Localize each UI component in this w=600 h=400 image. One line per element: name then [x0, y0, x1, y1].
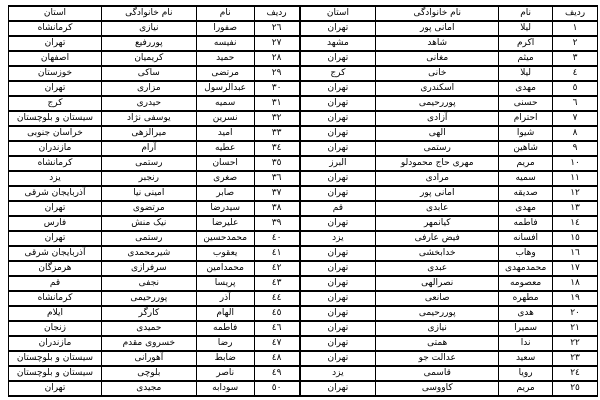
- row-number-cell: ٨: [553, 126, 598, 141]
- header-row: ردیف نام نام خانوادگی استان: [300, 6, 598, 21]
- row-number-cell: ٤٨: [254, 351, 299, 366]
- province-cell: خوزستان: [9, 66, 102, 81]
- first-name-cell: مریم: [499, 381, 553, 396]
- table-row: ١٢صدیقهامانی پورتهران: [300, 186, 598, 201]
- last-name-cell: امانی پور: [376, 21, 499, 36]
- last-name-cell: عدالت جو: [376, 351, 499, 366]
- province-cell: تهران: [300, 141, 376, 156]
- row-number-cell: ٦: [553, 96, 598, 111]
- last-name-cell: قاسمی: [376, 366, 499, 381]
- row-number-cell: ٤٥: [254, 306, 299, 321]
- table-row: ٤٤آذرپوررحیمیکرمانشاه: [9, 291, 300, 306]
- row-number-cell: ٢٦: [254, 21, 299, 36]
- first-name-cell: آذر: [196, 291, 254, 306]
- table-row: ١١سمیهمرادیتهران: [300, 171, 598, 186]
- first-name-cell: لیلا: [499, 66, 553, 81]
- row-number-cell: ١٢: [553, 186, 598, 201]
- last-name-cell: میرالزهی: [101, 126, 196, 141]
- province-cell: آذربایجان شرقی: [9, 246, 102, 261]
- row-number-cell: ٣٧: [254, 186, 299, 201]
- last-name-cell: مجیدی: [101, 381, 196, 396]
- province-cell: قم: [9, 276, 102, 291]
- first-name-cell: صغری: [196, 171, 254, 186]
- last-name-cell: مرتضوی: [101, 201, 196, 216]
- row-number-cell: ٢٨: [254, 51, 299, 66]
- province-cell: زنجان: [9, 321, 102, 336]
- last-name-cell: کیانمهر: [376, 216, 499, 231]
- province-cell: تهران: [300, 336, 376, 351]
- province-cell: تهران: [300, 246, 376, 261]
- table-row: ٢١سمیرانیازیتهران: [300, 321, 598, 336]
- first-name-cell: احسان: [196, 156, 254, 171]
- first-name-cell: محمدامین: [196, 261, 254, 276]
- row-number-cell: ٤١: [254, 246, 299, 261]
- province-cell: تهران: [300, 261, 376, 276]
- province-cell: کرمانشاه: [9, 291, 102, 306]
- row-number-cell: ١٠: [553, 156, 598, 171]
- table-row: ١٤فاطمهکیانمهرتهران: [300, 216, 598, 231]
- names-table-rows-26-50: ردیف نام نام خانوادگی استان ٢٦صفورانیازی…: [8, 5, 300, 397]
- row-number-cell: ٥٠: [254, 381, 299, 396]
- last-name-cell: شیرمحمدی: [101, 246, 196, 261]
- last-name-cell: کاووسی: [376, 381, 499, 396]
- first-name-cell: علیرضا: [196, 216, 254, 231]
- first-name-cell: سعید: [499, 351, 553, 366]
- province-cell: تهران: [9, 231, 102, 246]
- row-number-cell: ١٦: [553, 246, 598, 261]
- table-row: ٥٠سودابهمجیدیتهران: [9, 381, 300, 396]
- table-row: ٢٢نداهمتیتهران: [300, 336, 598, 351]
- first-name-cell: مهدی: [499, 201, 553, 216]
- table-row: ١لیلاامانی پورتهران: [300, 21, 598, 36]
- names-table-page: ردیف نام نام خانوادگی استان ١لیلاامانی پ…: [8, 5, 598, 397]
- header-province: استان: [9, 6, 102, 21]
- first-name-cell: امید: [196, 126, 254, 141]
- table-row: ٩شاهینرستمیتهران: [300, 141, 598, 156]
- table-row: ٢٤رویاقاسمییزد: [300, 366, 598, 381]
- table-row: ٣٩علیرضانیک منشفارس: [9, 216, 300, 231]
- last-name-cell: پوررحیمی: [101, 291, 196, 306]
- province-cell: تهران: [9, 381, 102, 396]
- province-cell: یزد: [300, 231, 376, 246]
- first-name-cell: هدی: [499, 306, 553, 321]
- row-number-cell: ٣٨: [254, 201, 299, 216]
- row-number-cell: ١٤: [553, 216, 598, 231]
- row-number-cell: ١٥: [553, 231, 598, 246]
- last-name-cell: الهی: [376, 126, 499, 141]
- row-number-cell: ٣٩: [254, 216, 299, 231]
- table-row: ٤٩ناصربلوچیسیستان و بلوچستان: [9, 366, 300, 381]
- row-number-cell: ١٣: [553, 201, 598, 216]
- province-cell: قم: [300, 201, 376, 216]
- province-cell: سیستان و بلوچستان: [9, 351, 102, 366]
- province-cell: تهران: [9, 81, 102, 96]
- last-name-cell: نجفی: [101, 276, 196, 291]
- first-name-cell: وهاب: [499, 246, 553, 261]
- header-row-number: ردیف: [553, 6, 598, 21]
- table-row: ٣٤عطیهآراممازندران: [9, 141, 300, 156]
- last-name-cell: رستمی: [101, 156, 196, 171]
- first-name-cell: الهام: [196, 306, 254, 321]
- table-row: ٤٢محمدامینسرفرازیهرمزگان: [9, 261, 300, 276]
- row-number-cell: ٤: [553, 66, 598, 81]
- table-row: ٤٧رضاخسروی مقدممازندران: [9, 336, 300, 351]
- first-name-cell: مهدی: [499, 81, 553, 96]
- table-row: ٣٥احسانرستمیکرمانشاه: [9, 156, 300, 171]
- province-cell: یزد: [9, 171, 102, 186]
- province-cell: هرمزگان: [9, 261, 102, 276]
- province-cell: تهران: [300, 276, 376, 291]
- first-name-cell: محمدحسین: [196, 231, 254, 246]
- first-name-cell: سودابه: [196, 381, 254, 396]
- last-name-cell: نصرالهی: [376, 276, 499, 291]
- row-number-cell: ٢٠: [553, 306, 598, 321]
- table-row: ١٩مطهرهصانعیتهران: [300, 291, 598, 306]
- last-name-cell: رنجبر: [101, 171, 196, 186]
- header-row: ردیف نام نام خانوادگی استان: [9, 6, 300, 21]
- first-name-cell: ناصر: [196, 366, 254, 381]
- table-row: ٢٣سعیدعدالت جوتهران: [300, 351, 598, 366]
- province-cell: تهران: [300, 51, 376, 66]
- last-name-cell: پوررحیمی: [376, 96, 499, 111]
- table-row: ٣٨سیدرضامرتضویتهران: [9, 201, 300, 216]
- last-name-cell: عابدی: [376, 201, 499, 216]
- first-name-cell: سیدرضا: [196, 201, 254, 216]
- first-name-cell: شاهین: [499, 141, 553, 156]
- table-row: ٤٥الهامکارگرایلام: [9, 306, 300, 321]
- last-name-cell: همتی: [376, 336, 499, 351]
- first-name-cell: رویا: [499, 366, 553, 381]
- row-number-cell: ٤٩: [254, 366, 299, 381]
- first-name-cell: فاطمه: [196, 321, 254, 336]
- first-name-cell: ندا: [499, 336, 553, 351]
- row-number-cell: ٣٢: [254, 111, 299, 126]
- province-cell: تهران: [300, 186, 376, 201]
- province-cell: خراسان جنوبی: [9, 126, 102, 141]
- row-number-cell: ٣٠: [254, 81, 299, 96]
- row-number-cell: ٢٤: [553, 366, 598, 381]
- last-name-cell: رستمی: [376, 141, 499, 156]
- first-name-cell: فاطمه: [499, 216, 553, 231]
- first-name-cell: حمید: [196, 51, 254, 66]
- last-name-cell: امینی نیا: [101, 186, 196, 201]
- last-name-cell: نیازی: [376, 321, 499, 336]
- province-cell: تهران: [300, 351, 376, 366]
- table-row: ٢٠هدیپوررحیمیتهران: [300, 306, 598, 321]
- first-name-cell: مرتضی: [196, 66, 254, 81]
- last-name-cell: رستمی: [101, 231, 196, 246]
- province-cell: مشهد: [300, 36, 376, 51]
- table-row: ٤٠محمدحسینرستمیتهران: [9, 231, 300, 246]
- province-cell: مازندران: [9, 336, 102, 351]
- row-number-cell: ٤٧: [254, 336, 299, 351]
- province-cell: کرمانشاه: [9, 156, 102, 171]
- table-row: ٢٨حمیدکریمیاناصفهان: [9, 51, 300, 66]
- first-name-cell: سمیرا: [499, 321, 553, 336]
- first-name-cell: حسنی: [499, 96, 553, 111]
- province-cell: تهران: [300, 111, 376, 126]
- table-row: ٣٧صابرامینی نیاآذربایجان شرقی: [9, 186, 300, 201]
- last-name-cell: ساکی: [101, 66, 196, 81]
- row-number-cell: ٢٩: [254, 66, 299, 81]
- last-name-cell: آزادی: [376, 111, 499, 126]
- last-name-cell: مزاری: [101, 81, 196, 96]
- table-row: ١٠مریممهری حاج محمودلوالبرز: [300, 156, 598, 171]
- last-name-cell: حیدری: [101, 96, 196, 111]
- last-name-cell: پوررحیمی: [376, 306, 499, 321]
- first-name-cell: احترام: [499, 111, 553, 126]
- first-name-cell: پریسا: [196, 276, 254, 291]
- row-number-cell: ٢٣: [553, 351, 598, 366]
- last-name-cell: سرفرازی: [101, 261, 196, 276]
- province-cell: مازندران: [9, 141, 102, 156]
- province-cell: تهران: [300, 321, 376, 336]
- first-name-cell: نفیسه: [196, 36, 254, 51]
- last-name-cell: کریمیان: [101, 51, 196, 66]
- first-name-cell: عبدالرسول: [196, 81, 254, 96]
- last-name-cell: یوسفی نژاد: [101, 111, 196, 126]
- province-cell: تهران: [9, 201, 102, 216]
- row-number-cell: ٣٤: [254, 141, 299, 156]
- row-number-cell: ٩: [553, 141, 598, 156]
- last-name-cell: شاهد: [376, 36, 499, 51]
- table-row: ٣٢نسرینیوسفی نژادسیستان و بلوچستان: [9, 111, 300, 126]
- header-first-name: نام: [196, 6, 254, 21]
- table-row: ١٥افسانهفیض عارفییزد: [300, 231, 598, 246]
- table-row: ٧احترامآزادیتهران: [300, 111, 598, 126]
- row-number-cell: ١٩: [553, 291, 598, 306]
- first-name-cell: رضا: [196, 336, 254, 351]
- table-row: ١٦وهابخدابخشیتهران: [300, 246, 598, 261]
- province-cell: سیستان و بلوچستان: [9, 366, 102, 381]
- row-number-cell: ٣: [553, 51, 598, 66]
- table-row: ٤٦فاطمهحمیدیزنجان: [9, 321, 300, 336]
- row-number-cell: ١٧: [553, 261, 598, 276]
- last-name-cell: کارگر: [101, 306, 196, 321]
- province-cell: البرز: [300, 156, 376, 171]
- first-name-cell: عطیه: [196, 141, 254, 156]
- row-number-cell: ٥: [553, 81, 598, 96]
- province-cell: تهران: [300, 306, 376, 321]
- first-name-cell: لیلا: [499, 21, 553, 36]
- row-number-cell: ٤٠: [254, 231, 299, 246]
- table-row: ١٨معصومهنصرالهیتهران: [300, 276, 598, 291]
- last-name-cell: نیک منش: [101, 216, 196, 231]
- row-number-cell: ٢: [553, 36, 598, 51]
- last-name-cell: صانعی: [376, 291, 499, 306]
- last-name-cell: نیازی: [101, 21, 196, 36]
- names-table-rows-1-25: ردیف نام نام خانوادگی استان ١لیلاامانی پ…: [300, 5, 599, 397]
- province-cell: اصفهان: [9, 51, 102, 66]
- table-row: ٣٣امیدمیرالزهیخراسان جنوبی: [9, 126, 300, 141]
- province-cell: ایلام: [9, 306, 102, 321]
- row-number-cell: ٣٥: [254, 156, 299, 171]
- first-name-cell: محمدمهدی: [499, 261, 553, 276]
- table-row: ٢٩مرتضیساکیخوزستان: [9, 66, 300, 81]
- row-number-cell: ١٨: [553, 276, 598, 291]
- last-name-cell: مرادی: [376, 171, 499, 186]
- last-name-cell: فیض عارفی: [376, 231, 499, 246]
- table-row: ٢٧نفیسهپوررفیعتهران: [9, 36, 300, 51]
- table-row: ٢٥مریمکاووسیتهران: [300, 381, 598, 396]
- first-name-cell: مریم: [499, 156, 553, 171]
- last-name-cell: پوررفیع: [101, 36, 196, 51]
- province-cell: تهران: [300, 81, 376, 96]
- province-cell: آذربایجان شرقی: [9, 186, 102, 201]
- table-row: ٤لیلاخانیکرج: [300, 66, 598, 81]
- province-cell: سیستان و بلوچستان: [9, 111, 102, 126]
- first-name-cell: مطهره: [499, 291, 553, 306]
- row-number-cell: ٤٣: [254, 276, 299, 291]
- first-name-cell: افسانه: [499, 231, 553, 246]
- last-name-cell: خانی: [376, 66, 499, 81]
- last-name-cell: خدابخشی: [376, 246, 499, 261]
- table-row: ٤١یعقوبشیرمحمدیآذربایجان شرقی: [9, 246, 300, 261]
- last-name-cell: عبدی: [376, 261, 499, 276]
- table-row: ٣٦صغریرنجبریزد: [9, 171, 300, 186]
- header-first-name: نام: [499, 6, 553, 21]
- first-name-cell: معصومه: [499, 276, 553, 291]
- province-cell: کرج: [300, 66, 376, 81]
- row-number-cell: ٢٥: [553, 381, 598, 396]
- table-row: ٤٨ضابطآهورانیسیستان و بلوچستان: [9, 351, 300, 366]
- province-cell: تهران: [300, 291, 376, 306]
- table-row: ٤٣پریسانجفیقم: [9, 276, 300, 291]
- province-cell: یزد: [300, 366, 376, 381]
- row-number-cell: ٤٤: [254, 291, 299, 306]
- table-row: ٨شیواالهیتهران: [300, 126, 598, 141]
- last-name-cell: مهری حاج محمودلو: [376, 156, 499, 171]
- row-number-cell: ٤٦: [254, 321, 299, 336]
- row-number-cell: ١: [553, 21, 598, 36]
- last-name-cell: امانی پور: [376, 186, 499, 201]
- last-name-cell: آرام: [101, 141, 196, 156]
- table-row: ١٣مهدیعابدیقم: [300, 201, 598, 216]
- last-name-cell: حمیدی: [101, 321, 196, 336]
- header-province: استان: [300, 6, 376, 21]
- table-row: ٣١سمیهحیدریکرج: [9, 96, 300, 111]
- first-name-cell: اکرم: [499, 36, 553, 51]
- first-name-cell: ضابط: [196, 351, 254, 366]
- row-number-cell: ٢٧: [254, 36, 299, 51]
- first-name-cell: نسرین: [196, 111, 254, 126]
- first-name-cell: سمیه: [196, 96, 254, 111]
- province-cell: تهران: [300, 96, 376, 111]
- province-cell: فارس: [9, 216, 102, 231]
- table-row: ٣٠عبدالرسولمزاریتهران: [9, 81, 300, 96]
- first-name-cell: میثم: [499, 51, 553, 66]
- first-name-cell: یعقوب: [196, 246, 254, 261]
- row-number-cell: ٣١: [254, 96, 299, 111]
- province-cell: کرمانشاه: [9, 21, 102, 36]
- row-number-cell: ٢١: [553, 321, 598, 336]
- table-row: ٥مهدیاسکندریتهران: [300, 81, 598, 96]
- province-cell: تهران: [9, 36, 102, 51]
- last-name-cell: اسکندری: [376, 81, 499, 96]
- province-cell: تهران: [300, 171, 376, 186]
- province-cell: کرج: [9, 96, 102, 111]
- last-name-cell: آهورانی: [101, 351, 196, 366]
- table-row: ٢٦صفورانیازیکرمانشاه: [9, 21, 300, 36]
- row-number-cell: ١١: [553, 171, 598, 186]
- first-name-cell: سمیه: [499, 171, 553, 186]
- province-cell: تهران: [300, 126, 376, 141]
- header-last-name: نام خانوادگی: [376, 6, 499, 21]
- row-number-cell: ٣٦: [254, 171, 299, 186]
- province-cell: تهران: [300, 216, 376, 231]
- first-name-cell: شیوا: [499, 126, 553, 141]
- row-number-cell: ٢٢: [553, 336, 598, 351]
- province-cell: تهران: [300, 21, 376, 36]
- table-row: ٢اکرمشاهدمشهد: [300, 36, 598, 51]
- first-name-cell: صابر: [196, 186, 254, 201]
- row-number-cell: ٤٢: [254, 261, 299, 276]
- last-name-cell: خسروی مقدم: [101, 336, 196, 351]
- first-name-cell: صدیقه: [499, 186, 553, 201]
- table-row: ٦حسنیپوررحیمیتهران: [300, 96, 598, 111]
- last-name-cell: مغانی: [376, 51, 499, 66]
- row-number-cell: ٣٣: [254, 126, 299, 141]
- header-last-name: نام خانوادگی: [101, 6, 196, 21]
- last-name-cell: بلوچی: [101, 366, 196, 381]
- row-number-cell: ٧: [553, 111, 598, 126]
- province-cell: تهران: [300, 381, 376, 396]
- table-row: ٣میثممغانیتهران: [300, 51, 598, 66]
- first-name-cell: صفورا: [196, 21, 254, 36]
- table-row: ١٧محمدمهدیعبدیتهران: [300, 261, 598, 276]
- header-row-number: ردیف: [254, 6, 299, 21]
